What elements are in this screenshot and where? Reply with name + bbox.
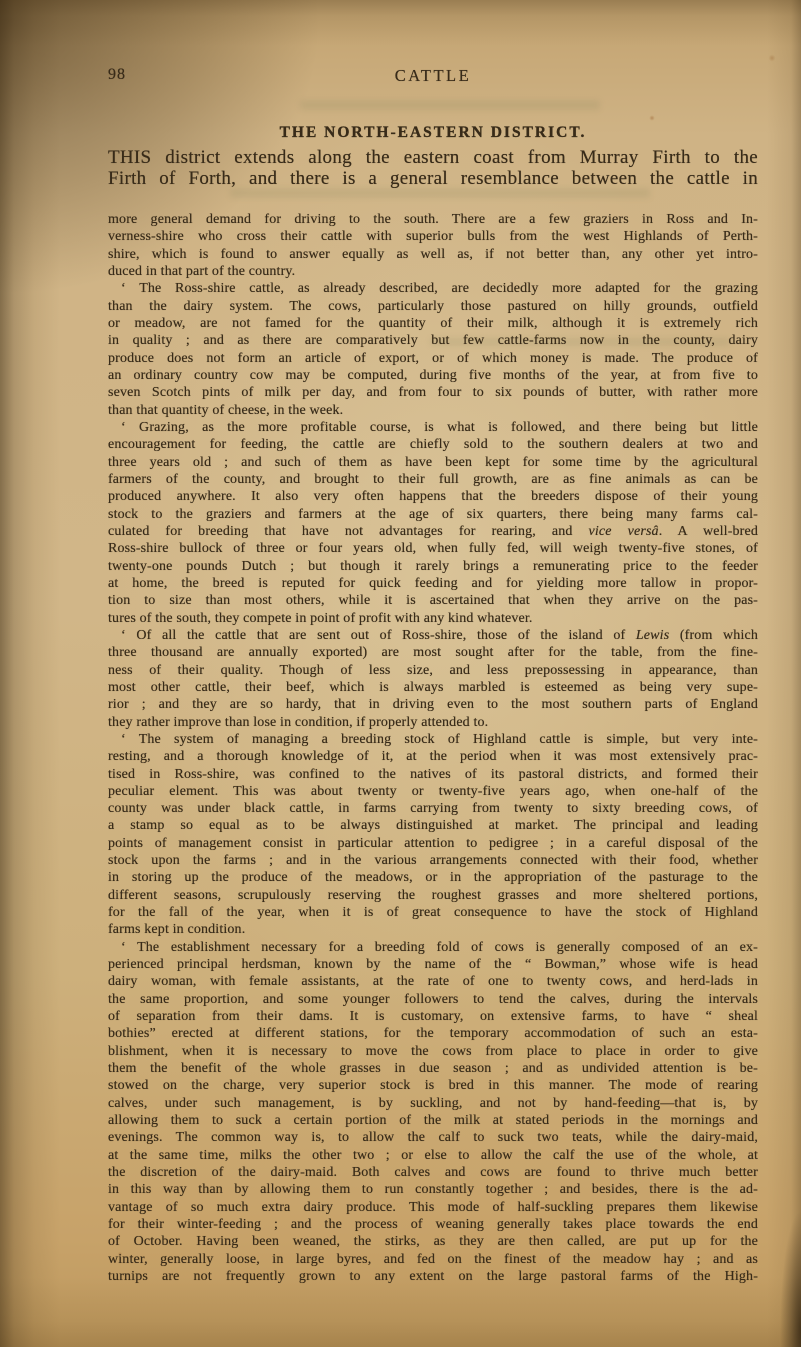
body-text-line: twenty-one pounds Dutch ; but though it …	[108, 558, 758, 575]
body-text-line: tion to size than most others, while it …	[108, 592, 758, 609]
body-text-line: duced in that part of the country.	[108, 263, 758, 280]
body-text-line: stock to the graziers and farmers at the…	[108, 506, 758, 523]
body-text-line: ness of their quality. Though of less si…	[108, 662, 758, 679]
body-text-line: they rather improve than lose in conditi…	[108, 714, 758, 731]
body-text-line: tures of the south, they compete in poin…	[108, 610, 758, 627]
body-text-line: evenings. The common way is, to allow th…	[108, 1129, 758, 1146]
body-text-line: three years old ; and such of them as ha…	[108, 454, 758, 471]
intro-paragraph: THIS district extends along the eastern …	[108, 147, 758, 189]
body-text-line: bothies” erected at different stations, …	[108, 1025, 758, 1042]
body-text-line: them the benefit of the whole grasses in…	[108, 1060, 758, 1077]
body-text-line: produced anywhere. It also very often ha…	[108, 488, 758, 505]
body-text-line: three thousand are annually exported) ar…	[108, 644, 758, 661]
body-text-line: farms kept in condition.	[108, 921, 758, 938]
body-text-line: in this way than by allowing them to run…	[108, 1181, 758, 1198]
verso-show-through	[300, 100, 600, 110]
body-text-line: tised in Ross-shire, was confined to the…	[108, 766, 758, 783]
body-text-line: blishment, when it is necessary to move …	[108, 1043, 758, 1060]
running-title: CATTLE	[108, 66, 758, 86]
body-text-line: of October. Having been weaned, the stir…	[108, 1233, 758, 1250]
body-text-line: winter, generally loose, in large byres,…	[108, 1251, 758, 1268]
body-text-line: stowed on the charge, very superior stoc…	[108, 1077, 758, 1094]
body-text-line: resting, and a thorough knowledge of it,…	[108, 748, 758, 765]
body-text-line: most other cattle, their beef, which is …	[108, 679, 758, 696]
intro-text-line: THIS district extends along the eastern …	[108, 147, 758, 168]
body-text-line: than that quantity of cheese, in the wee…	[108, 402, 758, 419]
page-header: 98 CATTLE	[108, 66, 758, 84]
section-heading: THE NORTH-EASTERN DISTRICT.	[108, 124, 758, 142]
body-text-line: points of management consist in particul…	[108, 835, 758, 852]
body-text-line: at home, the breed is reputed for quick …	[108, 575, 758, 592]
body-text-line: different seasons, scrupulously reservin…	[108, 887, 758, 904]
body-text-line: a stamp so equal as to be always disting…	[108, 817, 758, 834]
body-text-line: the same proportion, and some younger fo…	[108, 991, 758, 1008]
body-text-line: vantage of so much extra dairy produce. …	[108, 1199, 758, 1216]
body-text-line: than the dairy system. The cows, particu…	[108, 298, 758, 315]
body-text-line: of separation from their dams. It is cus…	[108, 1008, 758, 1025]
body-text-line: ‘ Of all the cattle that are sent out of…	[108, 627, 758, 644]
verso-show-through	[230, 188, 650, 198]
body-text-line: ‘ The system of managing a breeding stoc…	[108, 731, 758, 748]
body-text-line: culated for breeding that have not advan…	[108, 523, 758, 540]
body-text-line: Ross-shire bullock of three or four year…	[108, 540, 758, 557]
body-text-line: peculiar element. This was about twenty …	[108, 783, 758, 800]
body-text-line: rior ; and they are so hardy, that in dr…	[108, 696, 758, 713]
body-text-line: ‘ The Ross-shire cattle, as already desc…	[108, 280, 758, 297]
body-text-line: allowing them to suck a certain portion …	[108, 1112, 758, 1129]
body-text-line: ‘ The establishment necessary for a bree…	[108, 939, 758, 956]
body-text-line: the discretion of the dairy-maid. Both c…	[108, 1164, 758, 1181]
body-text-line: encouragement for feeding, the cattle ar…	[108, 436, 758, 453]
body-text-line: at the same time, milks the other two ; …	[108, 1147, 758, 1164]
intro-text-line: Firth of Forth, and there is a general r…	[108, 168, 758, 189]
body-text-line: calves, under such management, is by suc…	[108, 1095, 758, 1112]
body-text-line: produce does not form an article of expo…	[108, 350, 758, 367]
body-text-line: county was under black cattle, in farms …	[108, 800, 758, 817]
body-text-line: for the fall of the year, when it is of …	[108, 904, 758, 921]
body-text-line: or meadow, are not famed for the quantit…	[108, 315, 758, 332]
body-text-line: ‘ Grazing, as the more profitable course…	[108, 419, 758, 436]
body-text-line: verness-shire who cross their cattle wit…	[108, 228, 758, 245]
body-text-line: seven Scotch pints of milk per day, and …	[108, 384, 758, 401]
body-text-line: in quality ; and as there are comparativ…	[108, 332, 758, 349]
body-text-line: perienced principal herdsman, known by t…	[108, 956, 758, 973]
book-page-scan: 98 CATTLE THE NORTH-EASTERN DISTRICT. TH…	[0, 0, 801, 1347]
body-text-line: an ordinary country cow may be computed,…	[108, 367, 758, 384]
body-text-line: more general demand for driving to the s…	[108, 211, 758, 228]
body-text-line: in storing up the produce of the meadows…	[108, 869, 758, 886]
body-text-line: stock upon the farms ; and in the variou…	[108, 852, 758, 869]
body-text-line: for their winter-feeding ; and the proce…	[108, 1216, 758, 1233]
body-text-line: shire, which is found to answer equally …	[108, 246, 758, 263]
body-text-line: dairy woman, with female assistants, at …	[108, 973, 758, 990]
body-text-line: turnips are not frequently grown to any …	[108, 1268, 758, 1285]
body-text: more general demand for driving to the s…	[108, 211, 758, 1285]
body-text-line: farmers of the county, and brought to th…	[108, 471, 758, 488]
